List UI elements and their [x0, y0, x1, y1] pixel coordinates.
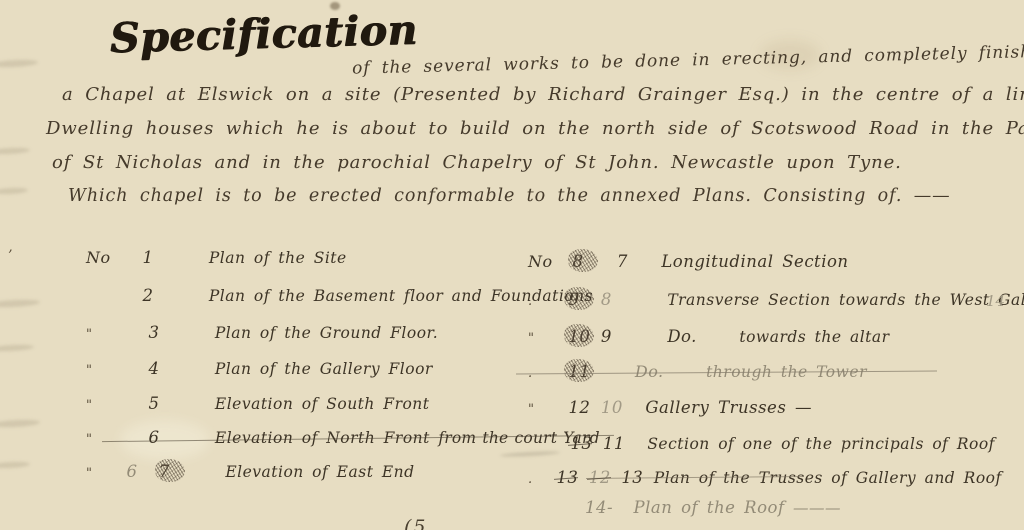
- intro-line-1: of the several works to be done in erect…: [352, 41, 1024, 78]
- plan-title: Do.: [635, 362, 664, 381]
- plan-title: Elevation of South Front: [215, 395, 430, 413]
- plan-number-scribbled: 8: [572, 252, 596, 271]
- intro-line-2: a Chapel at Elswick on a site (Presented…: [62, 84, 1024, 105]
- margin-tick: ’: [8, 248, 12, 264]
- ditto-mark: ": [86, 327, 106, 342]
- plan-number: 5: [148, 394, 172, 413]
- intro-line-5: Which chapel is to be erected conformabl…: [68, 186, 951, 206]
- plan-list-item: " 4 Plan of the Gallery Floor: [86, 359, 433, 378]
- plan-number: 6: [148, 428, 172, 447]
- plan-title: Plan of the Site: [209, 249, 347, 267]
- plan-number-struck: 13: [556, 468, 580, 487]
- plan-number: 1: [142, 248, 166, 267]
- manuscript-page: Specification of the several works to be…: [0, 0, 1024, 530]
- plan-list-item: " 6 7 Elevation of East End: [86, 462, 415, 481]
- plan-title: Section of one of the principals of Roof: [647, 435, 995, 453]
- showthrough-mark: [0, 147, 30, 155]
- plan-list-item: . 13 12 13 Plan of the Trusses of Galler…: [528, 468, 1002, 487]
- plan-number-scribbled: 7: [159, 462, 183, 481]
- plan-number-pencil: 14-: [585, 498, 613, 517]
- plan-number-scribbled: 10: [568, 327, 592, 346]
- ditto-mark: .: [528, 472, 548, 487]
- plan-title: Plan of the Ground Floor.: [215, 324, 438, 342]
- showthrough-mark: [0, 419, 40, 429]
- plan-number: 11: [603, 434, 627, 453]
- ditto-mark: ": [86, 398, 106, 413]
- intro-line-3: Dwelling houses which he is about to bui…: [46, 118, 1024, 139]
- plan-title: Gallery Trusses —: [645, 398, 812, 417]
- intro-line-4: of St Nicholas and in the parochial Chap…: [52, 152, 902, 173]
- showthrough-mark: [0, 187, 28, 195]
- plan-number: 4: [148, 359, 172, 378]
- plan-title: Plan of the Roof: [634, 498, 785, 517]
- plan-list-item-deleted: . 11 Do. through the Tower: [528, 362, 867, 381]
- pencil-annotation: 14: [986, 292, 1005, 310]
- plan-list-item: No 1 Plan of the Site: [86, 248, 347, 267]
- plan-list-item: 2 Plan of the Basement floor and Foundat…: [86, 286, 593, 305]
- plan-number-pencil: 8: [601, 290, 625, 309]
- plan-number: 3: [148, 323, 172, 342]
- plan-title: Do.: [667, 327, 697, 346]
- plan-title: Elevation of East End: [225, 463, 414, 481]
- plan-number: 7: [617, 252, 641, 271]
- trailing-dash: ———: [793, 499, 841, 517]
- ditto-mark: .: [528, 366, 548, 381]
- plan-title: Plan of the Gallery Floor: [215, 360, 433, 378]
- showthrough-mark: [0, 299, 40, 309]
- plan-number-struck: 13: [570, 434, 594, 453]
- plan-list-item-deleted: " 6 Elevation of North Front from the co…: [86, 428, 600, 447]
- plan-list-item: No 8 7 Longitudinal Section: [528, 252, 849, 271]
- plan-list-item: . 9 8 Transverse Section towards the Wes…: [528, 290, 1024, 309]
- plan-number-struck-pencil: 12: [589, 468, 613, 487]
- showthrough-mark: [0, 344, 34, 352]
- plan-number: 2: [142, 286, 166, 305]
- showthrough-mark: [0, 59, 38, 68]
- page-title: Specification: [109, 6, 418, 63]
- ditto-mark: .: [528, 294, 548, 309]
- no-label: No: [528, 252, 564, 271]
- no-label: No: [86, 248, 122, 267]
- plan-number: 12: [568, 398, 592, 417]
- showthrough-mark: [0, 461, 30, 469]
- plan-number: 9: [601, 327, 625, 346]
- plan-number-scribbled: 11: [568, 362, 592, 381]
- plan-number: 13: [621, 468, 645, 487]
- ditto-mark: ": [528, 402, 548, 417]
- plan-title: Elevation of North Front: [215, 429, 430, 447]
- clipped-bottom-fragment: (5: [404, 516, 428, 530]
- plan-number-scribbled: 9: [568, 290, 592, 309]
- ditto-mark: ": [86, 363, 106, 378]
- ditto-mark: ": [86, 432, 106, 447]
- plan-number-pencil: 10: [601, 398, 625, 417]
- plan-title: Plan of the Trusses of Gallery and Roof: [654, 469, 1002, 487]
- ditto-mark: ": [86, 466, 106, 481]
- plan-list-item: " 10 9 Do. towards the altar: [528, 327, 890, 346]
- plan-list-item: " 3 Plan of the Ground Floor.: [86, 323, 438, 342]
- plan-title-continued: towards the altar: [739, 328, 889, 346]
- plan-list-item: " 12 10 Gallery Trusses —: [528, 398, 812, 417]
- plan-list-item-pencil: 14- Plan of the Roof ———: [585, 498, 841, 517]
- plan-title: Transverse Section towards the West Gall…: [667, 291, 1024, 309]
- plan-list-item: " 5 Elevation of South Front: [86, 394, 430, 413]
- ditto-mark: ": [528, 331, 548, 346]
- plan-title: Longitudinal Section: [661, 252, 848, 271]
- plan-list-item: 13 11 Section of one of the principals o…: [528, 434, 995, 453]
- plan-title-continued: through the Tower: [706, 363, 867, 381]
- plan-number-pencil: 6: [126, 462, 150, 481]
